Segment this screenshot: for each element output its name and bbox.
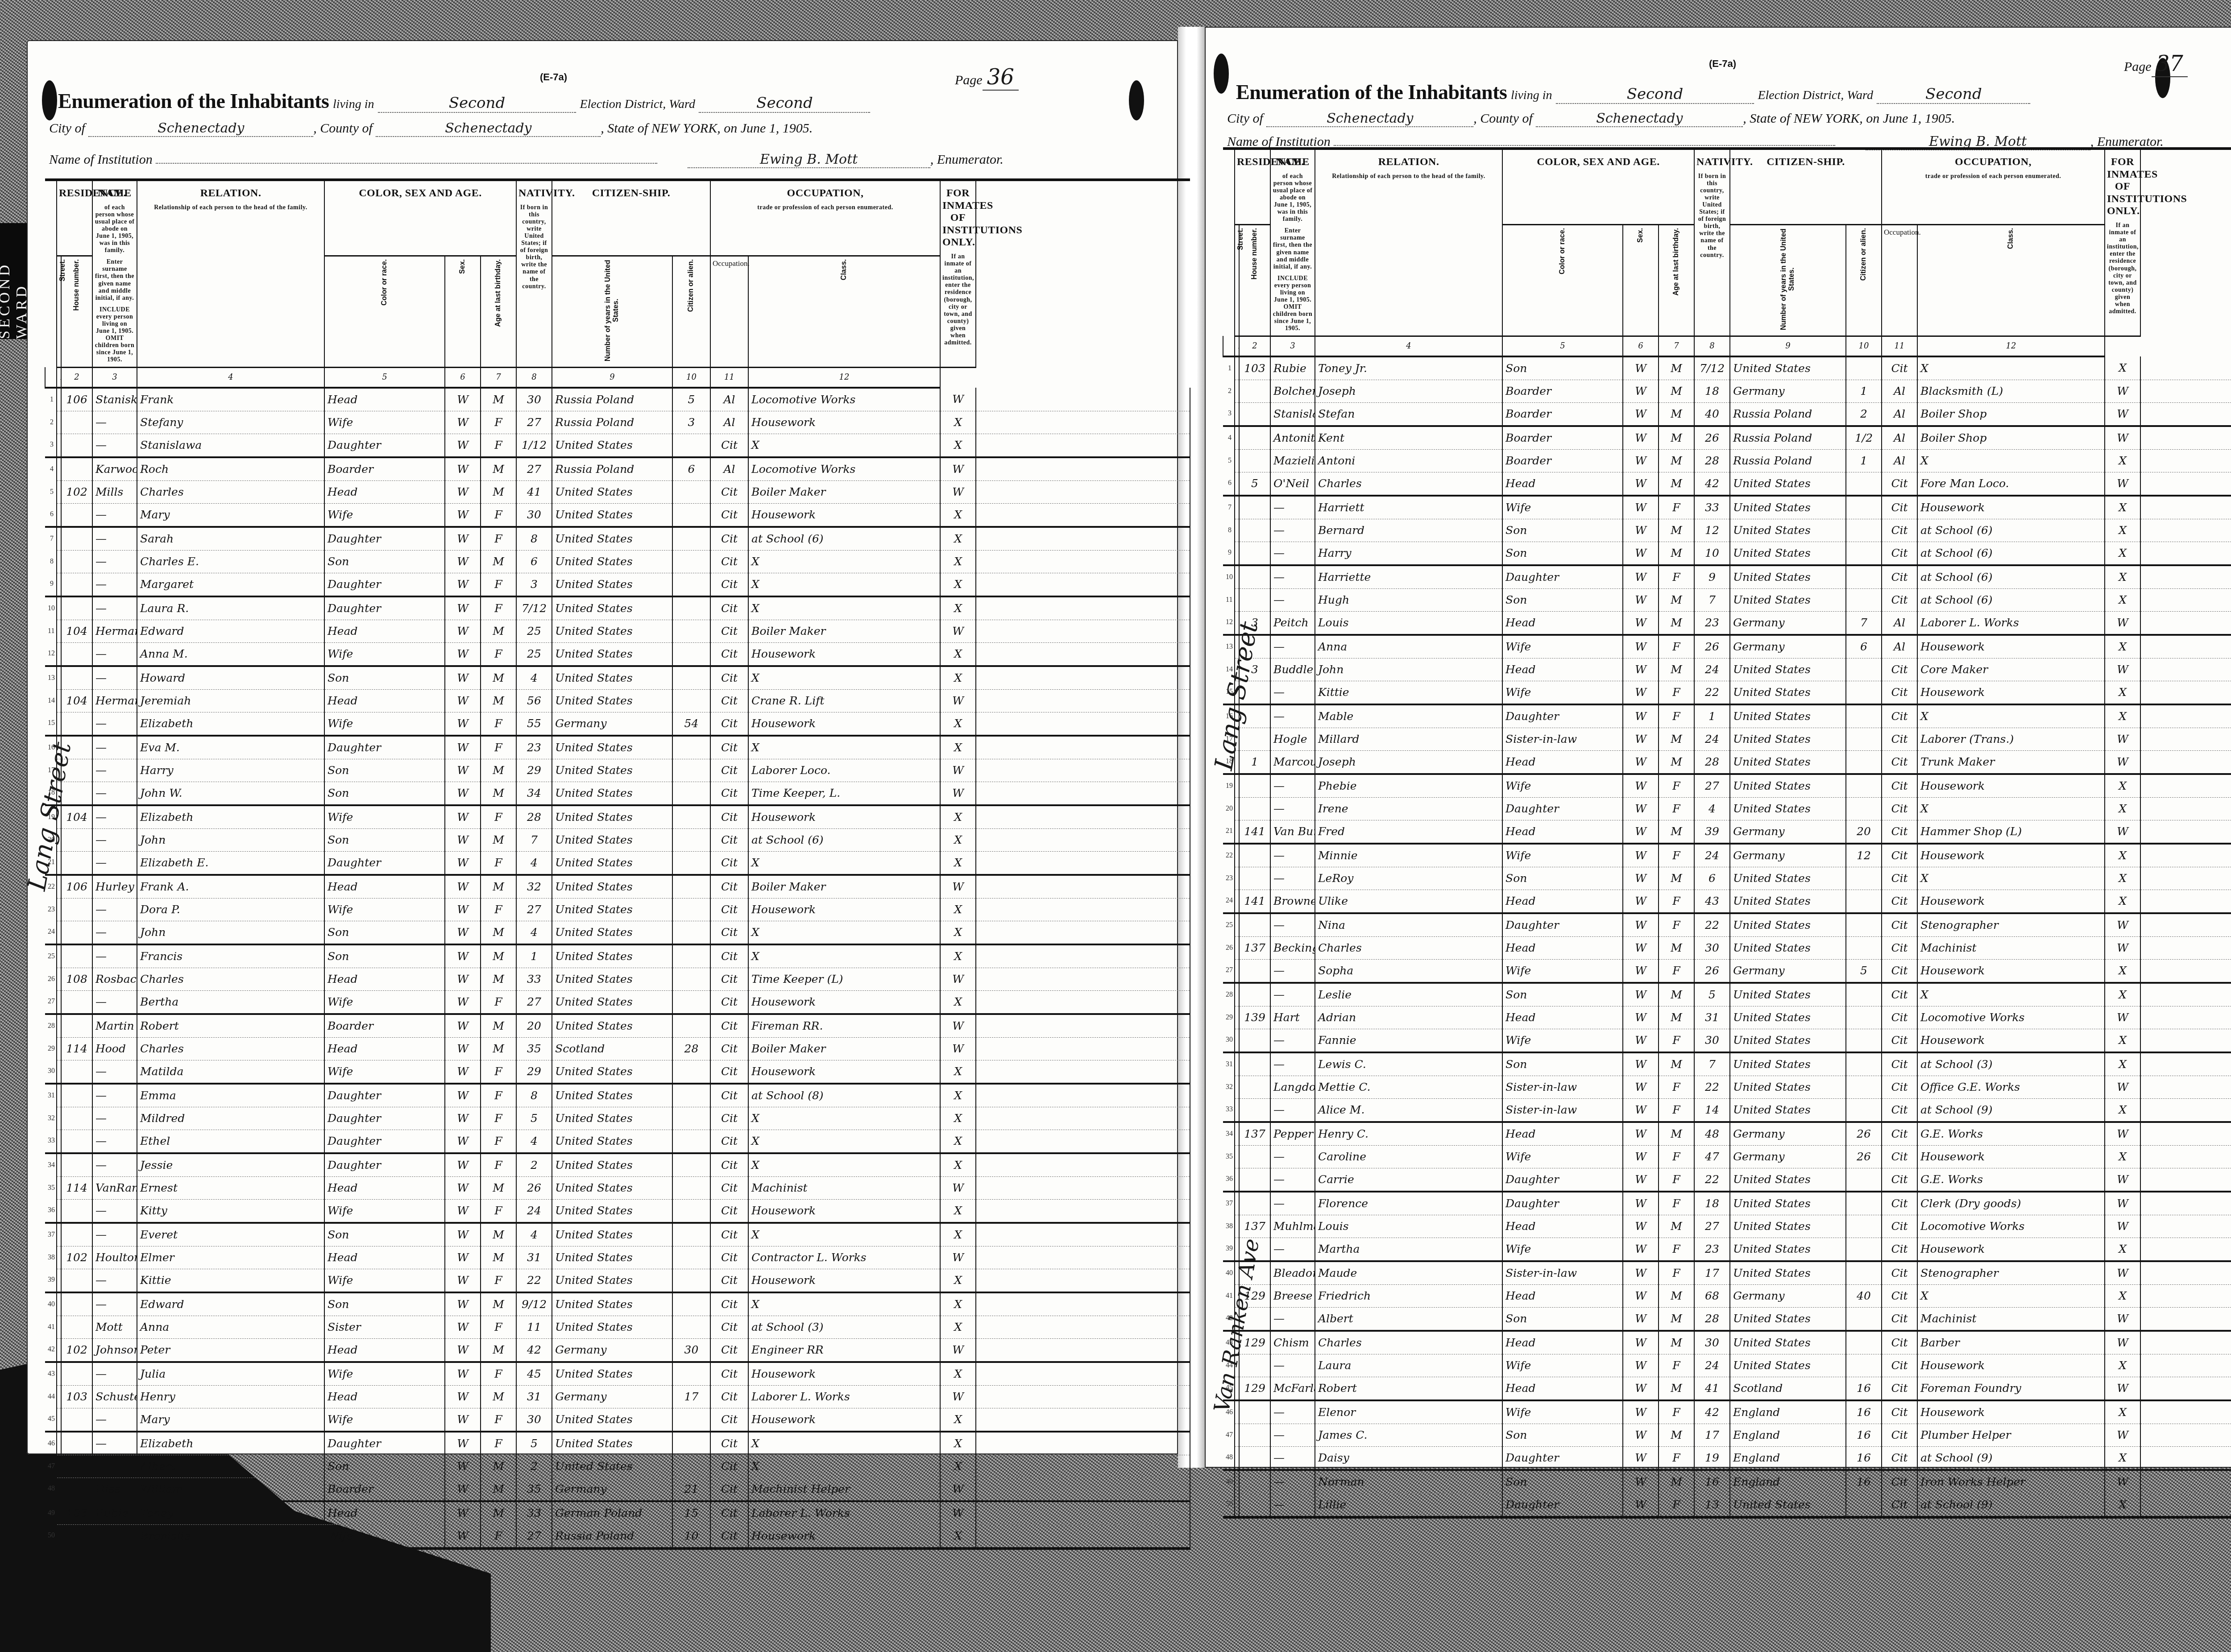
table-row[interactable]: 4KarwocRochBoarderWM27Russia Poland6AlLo…: [45, 457, 1190, 481]
inmate-residence-cell: [976, 642, 1190, 666]
column-header-relation-title: RELATION.: [200, 187, 261, 199]
line-number: 47: [1223, 1424, 1235, 1446]
sex-cell: F: [1659, 844, 1694, 867]
house-number-cell: [1239, 1052, 1270, 1076]
citizenship-cell: Cit: [710, 1316, 748, 1338]
table-row[interactable]: 23—LeRoySonWM6United StatesCitXX: [1223, 867, 2231, 890]
column-header-inmates-desc: If an inmate of an institution, enter th…: [942, 253, 974, 347]
relation-cell: Wife: [324, 1524, 445, 1548]
street-cell: [57, 1269, 61, 1292]
occupation-cell: Foreman Foundry: [1917, 1377, 2105, 1400]
class-cell: W: [940, 1246, 976, 1269]
table-row[interactable]: 29139HartAdrianHeadWM31United StatesCitL…: [1223, 1006, 2231, 1029]
class-cell: X: [940, 550, 976, 573]
age-cell: 20: [516, 1014, 552, 1038]
table-row[interactable]: 35—CarolineWifeWF47Germany26CitHousework…: [1223, 1145, 2231, 1168]
years-in-us-cell: [672, 875, 710, 898]
table-row[interactable]: 5MazieliAntoniBoarderWM28Russia Poland1A…: [1223, 449, 2231, 472]
table-row[interactable]: 31—EmmaDaughterWF8United StatesCitat Sch…: [45, 1084, 1190, 1107]
house-number-cell: [61, 666, 92, 690]
nativity-cell: United States: [1730, 519, 1846, 542]
table-row[interactable]: 10—Laura R.DaughterWF7/12United StatesCi…: [45, 596, 1190, 620]
table-row[interactable]: 50—BronislieWifeWF27Russia Poland10CitHo…: [45, 1524, 1190, 1548]
house-number-cell: [1239, 380, 1270, 402]
house-number-cell: [1239, 426, 1270, 450]
table-row[interactable]: 49—NormanSonWM16England16CitIron Works H…: [1223, 1470, 2231, 1494]
table-row[interactable]: 34137PepperHenry C.HeadWM48Germany26CitG…: [1223, 1122, 2231, 1146]
table-row[interactable]: 48HissWilliamBoarderWM35Germany21CitMach…: [45, 1478, 1190, 1501]
class-cell: X: [2105, 797, 2140, 820]
line-number: 25: [45, 944, 57, 968]
relation-cell: Son: [1502, 983, 1623, 1006]
color-cell: W: [445, 828, 481, 851]
street-cell: [57, 875, 61, 898]
table-row[interactable]: 7—SarahDaughterWF8United StatesCitat Sch…: [45, 527, 1190, 551]
citizenship-cell: Al: [1882, 380, 1917, 402]
given-name-cell: Kittie: [137, 1269, 324, 1292]
class-cell: W: [940, 1478, 976, 1501]
class-cell: W: [2105, 380, 2140, 402]
table-row[interactable]: 44103SchusterHenryHeadWM31Germany17CitLa…: [45, 1385, 1190, 1408]
table-row[interactable]: 18—John W.SonWM34United StatesCitTime Ke…: [45, 782, 1190, 805]
table-row[interactable]: 30—MatildaWifeWF29United StatesCitHousew…: [45, 1060, 1190, 1084]
sex-cell: F: [1659, 635, 1694, 658]
citizenship-cell: Cit: [710, 1084, 748, 1107]
table-row[interactable]: 28—LeslieSonWM5United StatesCitXX: [1223, 983, 2231, 1006]
table-row[interactable]: 2—StefanyWifeWF27Russia Poland3AlHousewo…: [45, 411, 1190, 434]
relation-cell: Son: [1502, 1470, 1623, 1494]
color-cell: W: [1623, 1424, 1659, 1446]
table-row[interactable]: 12—Anna M.WifeWF25United StatesCitHousew…: [45, 642, 1190, 666]
color-cell: W: [1623, 983, 1659, 1006]
line-number: 26: [1223, 936, 1235, 959]
given-name-cell: Charles: [1315, 472, 1502, 496]
nativity-cell: United States: [552, 620, 672, 642]
table-row[interactable]: 16—MableDaughterWF1United StatesCitXX: [1223, 704, 2231, 728]
color-cell: W: [1623, 774, 1659, 798]
surname-cell: Hurley: [92, 875, 137, 898]
color-cell: W: [445, 550, 481, 573]
table-row[interactable]: 3StanislawStefanBoarderWM40Russia Poland…: [1223, 402, 2231, 426]
surname-cell: Buddle: [1270, 658, 1315, 681]
relation-cell: Head: [1502, 936, 1623, 959]
column-number: 10: [1846, 336, 1882, 356]
table-row[interactable]: 22—MinnieWifeWF24Germany12CitHouseworkX: [1223, 844, 2231, 867]
citizenship-cell: Cit: [1882, 356, 1917, 380]
given-name-cell: Harriett: [1315, 496, 1502, 519]
label-election-district: Election District, Ward: [1758, 88, 1873, 102]
table-row[interactable]: 25—NinaDaughterWF22United StatesCitSteno…: [1223, 913, 2231, 937]
sex-cell: F: [1659, 1354, 1694, 1377]
column-header-citizen-or-alien-label: Citizen or alien.: [1860, 228, 1868, 281]
label-city: City of: [1227, 111, 1263, 126]
occupation-cell: Laborer Loco.: [748, 759, 940, 782]
house-number-cell: 137: [1239, 1122, 1270, 1146]
house-number-cell: 103: [1239, 356, 1270, 380]
surname-cell: McFarlane: [1270, 1377, 1315, 1400]
color-cell: W: [445, 782, 481, 805]
surname-cell: —: [1270, 959, 1315, 983]
sex-cell: F: [481, 1524, 516, 1548]
table-row[interactable]: 48—DaisyDaughterWF19England16Citat Schoo…: [1223, 1446, 2231, 1470]
header-line-3: Name of Institution Ewing B. Mott, Enume…: [49, 152, 1004, 168]
citizenship-cell: Cit: [1882, 681, 1917, 704]
table-row[interactable]: 40—EdwardSonWM9/12United StatesCitXX: [45, 1292, 1190, 1316]
relation-cell: Head: [324, 620, 445, 642]
table-row[interactable]: 45—MaryWifeWF30United StatesCitHousework…: [45, 1408, 1190, 1432]
color-cell: W: [1623, 797, 1659, 820]
nativity-cell: United States: [1730, 1192, 1846, 1215]
relation-cell: Head: [324, 1501, 445, 1525]
nativity-cell: United States: [552, 527, 672, 551]
occupation-cell: Housework: [748, 1269, 940, 1292]
table-row[interactable]: 49103RubieToneyHeadWM33German Poland15Ci…: [45, 1501, 1190, 1525]
inmate-residence-cell: [976, 1223, 1190, 1246]
inmate-residence-cell: [2140, 1307, 2231, 1331]
color-cell: W: [1623, 1145, 1659, 1168]
column-header-years-in-us-label: Number of years in the United States.: [604, 259, 621, 362]
table-row[interactable]: 31—Lewis C.SonWM7United StatesCitat Scho…: [1223, 1052, 2231, 1076]
street-cell: [57, 573, 61, 596]
line-number: 30: [1223, 1029, 1235, 1052]
inmate-residence-cell: [976, 736, 1190, 759]
inmate-residence-cell: [2140, 1284, 2231, 1307]
given-name-cell: Phebie: [1315, 774, 1502, 798]
occupation-cell: Machinist Helper: [748, 1478, 940, 1501]
relation-cell: Wife: [324, 712, 445, 736]
color-cell: W: [445, 921, 481, 944]
table-row[interactable]: 20—IreneDaughterWF4United StatesCitXX: [1223, 797, 2231, 820]
occupation-cell: Boiler Maker: [748, 875, 940, 898]
table-row[interactable]: 14104HermanJeremiahHeadWM56United States…: [45, 689, 1190, 712]
table-row[interactable]: 3—StanislawaDaughterWF1/12United StatesC…: [45, 434, 1190, 457]
table-row[interactable]: 17HogleMillardSister-in-lawWM24United St…: [1223, 728, 2231, 750]
sex-cell: M: [481, 1014, 516, 1038]
column-number-row: 123456789101112: [45, 367, 1190, 388]
age-cell: 23: [1694, 1238, 1730, 1261]
age-cell: 42: [516, 1338, 552, 1362]
age-cell: 4: [516, 1223, 552, 1246]
table-row[interactable]: 13—HowardSonWM4United StatesCitXX: [45, 666, 1190, 690]
house-number-cell: [1239, 519, 1270, 542]
table-row[interactable]: 20—JohnSonWM7United StatesCitat School (…: [45, 828, 1190, 851]
table-row[interactable]: 30—FannieWifeWF30United StatesCitHousewo…: [1223, 1029, 2231, 1052]
table-row[interactable]: 27—BerthaWifeWF27United StatesCitHousewo…: [45, 990, 1190, 1014]
class-cell: X: [940, 898, 976, 921]
table-row[interactable]: 34—JessieDaughterWF2United StatesCitXX: [45, 1153, 1190, 1177]
inmate-residence-cell: [2140, 1076, 2231, 1098]
table-row[interactable]: 19104—ElizabethWifeWF28United StatesCitH…: [45, 805, 1190, 829]
street-cell: [57, 968, 61, 990]
age-cell: 48: [1694, 1122, 1730, 1146]
table-row[interactable]: 26108RosbachCharlesHeadWM33United States…: [45, 968, 1190, 990]
line-number: 37: [1223, 1192, 1235, 1215]
occupation-cell: Housework: [748, 898, 940, 921]
nativity-cell: German Poland: [552, 1501, 672, 1525]
table-row[interactable]: 27—SophaWifeWF26Germany5CitHouseworkX: [1223, 959, 2231, 983]
table-row[interactable]: 37—FlorenceDaughterWF18United StatesCitC…: [1223, 1192, 2231, 1215]
line-number: 9: [45, 573, 57, 596]
nativity-cell: United States: [552, 1292, 672, 1316]
years-in-us-cell: [1846, 472, 1882, 496]
table-row[interactable]: 24—JohnSonWM4United StatesCitXX: [45, 921, 1190, 944]
table-row[interactable]: 50—LillieDaughterWF13United StatesCitat …: [1223, 1493, 2231, 1517]
table-row[interactable]: 23—Dora P.WifeWF27United StatesCitHousew…: [45, 898, 1190, 921]
citizenship-cell: Cit: [1882, 542, 1917, 565]
given-name-cell: Peter: [137, 1338, 324, 1362]
color-cell: W: [1623, 1400, 1659, 1424]
house-number-cell: 141: [1239, 820, 1270, 844]
years-in-us-cell: [672, 573, 710, 596]
surname-cell: Browne: [1270, 890, 1315, 913]
table-row[interactable]: 22106HurleyFrank A.HeadWM32United States…: [45, 875, 1190, 898]
table-row[interactable]: 41MottAnnaSisterWF11United StatesCitat S…: [45, 1316, 1190, 1338]
table-row[interactable]: 46—ElizabethDaughterWF5United StatesCitX…: [45, 1432, 1190, 1455]
given-name-cell: Eva M.: [137, 736, 324, 759]
relation-cell: Head: [324, 1037, 445, 1060]
table-row[interactable]: 38102HoultonElmerHeadWM31United StatesCi…: [45, 1246, 1190, 1269]
occupation-cell: at School (6): [1917, 519, 2105, 542]
table-row[interactable]: 1103RubieToney Jr.SonWM7/12United States…: [1223, 356, 2231, 380]
house-number-cell: [61, 1223, 92, 1246]
occupation-cell: X: [1917, 1284, 2105, 1307]
table-row[interactable]: 32LangdonMettie C.Sister-in-lawWF22Unite…: [1223, 1076, 2231, 1098]
given-name-cell: Stanislawa: [137, 434, 324, 457]
surname-cell: Mills: [92, 480, 137, 503]
occupation-cell: Housework: [748, 1199, 940, 1223]
house-number-cell: 129: [1239, 1377, 1270, 1400]
table-row[interactable]: 39—KittieWifeWF22United StatesCitHousewo…: [45, 1269, 1190, 1292]
occupation-cell: Housework: [1917, 496, 2105, 519]
class-cell: X: [940, 434, 976, 457]
surname-cell: —: [1270, 983, 1315, 1006]
table-row[interactable]: 33—EthelDaughterWF4United StatesCitXX: [45, 1130, 1190, 1153]
table-row[interactable]: 181MarcouJosephHeadWM28United StatesCitT…: [1223, 750, 2231, 774]
nativity-cell: England: [1730, 1424, 1846, 1446]
class-cell: X: [2105, 449, 2140, 472]
column-header-street: Street.: [1235, 225, 1239, 336]
table-row[interactable]: 15—KittieWifeWF22United StatesCitHousewo…: [1223, 681, 2231, 704]
table-row[interactable]: 47—James C.SonWM17England16CitPlumber He…: [1223, 1424, 2231, 1446]
table-row[interactable]: 28MartinRobertBoarderWM20United StatesCi…: [45, 1014, 1190, 1038]
occupation-cell: Locomotive Works: [748, 457, 940, 481]
occupation-cell: Machinist: [748, 1176, 940, 1199]
house-number-cell: [1239, 797, 1270, 820]
color-cell: W: [1623, 1377, 1659, 1400]
table-row[interactable]: 2BolcherJosephBoarderWM18Germany1AlBlack…: [1223, 380, 2231, 402]
given-name-cell: Frank A.: [137, 875, 324, 898]
table-row[interactable]: 8—Charles E.SonWM6United StatesCitXX: [45, 550, 1190, 573]
color-cell: W: [445, 1037, 481, 1060]
nativity-cell: United States: [1730, 774, 1846, 798]
document-title: Enumeration of the Inhabitants: [58, 90, 329, 112]
street-cell: [1235, 867, 1239, 890]
given-name-cell: Florence: [1315, 1192, 1502, 1215]
column-header-color: Color or race.: [324, 256, 445, 368]
citizenship-cell: Cit: [710, 759, 748, 782]
column-header-relation-title: RELATION.: [1378, 156, 1439, 168]
table-row[interactable]: 39—MarthaWifeWF23United StatesCitHousewo…: [1223, 1238, 2231, 1261]
table-row[interactable]: 44—LauraWifeWF24United StatesCitHousewor…: [1223, 1354, 2231, 1377]
color-cell: W: [1623, 496, 1659, 519]
color-cell: W: [445, 457, 481, 481]
table-row[interactable]: 21—Elizabeth E.DaughterWF4United StatesC…: [45, 851, 1190, 875]
surname-cell: —: [1270, 1052, 1315, 1076]
table-row[interactable]: 11104HermanEdwardHeadWM25United StatesCi…: [45, 620, 1190, 642]
column-number: 12: [1917, 336, 2105, 356]
table-row[interactable]: 32—MildredDaughterWF5United StatesCitXX: [45, 1107, 1190, 1130]
street-cell: [1235, 1215, 1239, 1238]
citizenship-cell: Cit: [710, 527, 748, 551]
age-cell: 43: [1694, 890, 1730, 913]
citizenship-cell: Cit: [1882, 1307, 1917, 1331]
table-row[interactable]: 13—AnnaWifeWF26Germany6AlHouseworkX: [1223, 635, 2231, 658]
table-row[interactable]: 9—HarrySonWM10United StatesCitat School …: [1223, 542, 2231, 565]
table-row[interactable]: 21141Van BurenFredHeadWM39Germany20CitHa…: [1223, 820, 2231, 844]
years-in-us-cell: [1846, 1076, 1882, 1098]
table-row[interactable]: 15—ElizabethWifeWF55Germany54CitHousewor…: [45, 712, 1190, 736]
page-label: Page: [955, 73, 983, 87]
color-cell: W: [445, 736, 481, 759]
sex-cell: F: [1659, 681, 1694, 704]
column-header-sex: Sex.: [1623, 225, 1659, 336]
occupation-cell: Machinist: [1917, 1307, 2105, 1331]
label-city: City of: [49, 121, 85, 136]
age-cell: 24: [1694, 1354, 1730, 1377]
table-row[interactable]: 7—HarriettWifeWF33United StatesCitHousew…: [1223, 496, 2231, 519]
class-cell: X: [940, 851, 976, 875]
class-cell: W: [940, 689, 976, 712]
surname-cell: Mazieli: [1270, 449, 1315, 472]
column-number: 5: [324, 367, 445, 388]
surname-cell: —: [92, 1060, 137, 1084]
table-row[interactable]: 37—EveretSonWM4United StatesCitXX: [45, 1223, 1190, 1246]
table-row[interactable]: 25—FrancisSonWM1United StatesCitXX: [45, 944, 1190, 968]
given-name-cell: Bertha: [137, 990, 324, 1014]
table-row[interactable]: 123PeitchLouisHeadWM23Germany7AlLaborer …: [1223, 611, 2231, 635]
nativity-cell: United States: [1730, 496, 1846, 519]
age-cell: 4: [516, 851, 552, 875]
sex-cell: M: [481, 620, 516, 642]
line-number: 39: [1223, 1238, 1235, 1261]
line-number: 23: [1223, 867, 1235, 890]
ward-tab-second[interactable]: SECOND WARD: [0, 223, 27, 339]
table-row[interactable]: 65O'NeilCharlesHeadWM42United StatesCitF…: [1223, 472, 2231, 496]
table-row[interactable]: 47—AlbertSonWM2United StatesCitXX: [45, 1455, 1190, 1478]
surname-cell: —: [92, 1455, 137, 1478]
table-row[interactable]: 29114HoodCharlesHeadWM35Scotland28CitBoi…: [45, 1037, 1190, 1060]
citizenship-cell: Cit: [1882, 1354, 1917, 1377]
table-row[interactable]: 10—HarrietteDaughterWF9United StatesCita…: [1223, 565, 2231, 589]
sex-cell: M: [481, 1037, 516, 1060]
house-number-cell: [1239, 844, 1270, 867]
table-row[interactable]: 26137BeckingCharlesHeadWM30United States…: [1223, 936, 2231, 959]
table-row[interactable]: 143BuddleJohnHeadWM24United StatesCitCor…: [1223, 658, 2231, 681]
column-number: 5: [1502, 336, 1623, 356]
relation-cell: Head: [324, 480, 445, 503]
sex-cell: F: [1659, 1446, 1694, 1470]
column-header-age: Age at last birthday.: [1659, 225, 1694, 336]
inmate-residence-cell: [2140, 635, 2231, 658]
table-row[interactable]: 8—BernardSonWM12United StatesCitat Schoo…: [1223, 519, 2231, 542]
table-row[interactable]: 45129McFarlaneRobertHeadWM41Scotland16Ci…: [1223, 1377, 2231, 1400]
line-number: 45: [45, 1408, 57, 1432]
table-row[interactable]: 43129ChismCharlesHeadWM30United StatesCi…: [1223, 1331, 2231, 1354]
occupation-cell: Plumber Helper: [1917, 1424, 2105, 1446]
sex-cell: M: [1659, 1307, 1694, 1331]
citizenship-cell: Cit: [1882, 728, 1917, 750]
house-number-cell: 108: [61, 968, 92, 990]
table-row[interactable]: 1106StaniskiFrankHeadWM30Russia Poland5A…: [45, 388, 1190, 411]
color-cell: W: [445, 1478, 481, 1501]
inmate-residence-cell: [2140, 496, 2231, 519]
class-cell: X: [940, 1362, 976, 1386]
table-row[interactable]: 19—PhebieWifeWF27United StatesCitHousewo…: [1223, 774, 2231, 798]
house-number-cell: [1239, 1029, 1270, 1052]
given-name-cell: Alice M.: [1315, 1098, 1502, 1122]
column-header-name: NAMEof each person whose usual place of …: [1270, 149, 1315, 336]
age-cell: 22: [516, 1269, 552, 1292]
line-number: 20: [1223, 797, 1235, 820]
table-row[interactable]: 16—Eva M.DaughterWF23United StatesCitXX: [45, 736, 1190, 759]
table-row[interactable]: 24141BrowneUlikeHeadWF43United StatesCit…: [1223, 890, 2231, 913]
class-cell: X: [2105, 496, 2140, 519]
table-row[interactable]: 41129BreeseFriedrichHeadWM68Germany40Cit…: [1223, 1284, 2231, 1307]
table-row[interactable]: 17—HarrySonWM29United StatesCitLaborer L…: [45, 759, 1190, 782]
table-row[interactable]: 5102MillsCharlesHeadWM41United StatesCit…: [45, 480, 1190, 503]
line-number: 26: [45, 968, 57, 990]
relation-cell: Boarder: [1502, 402, 1623, 426]
column-header-color: Color or race.: [1502, 225, 1623, 336]
color-cell: W: [445, 1084, 481, 1107]
table-row[interactable]: 42—AlbertSonWM28United StatesCitMachinis…: [1223, 1307, 2231, 1331]
house-number-cell: [61, 1455, 92, 1478]
occupation-cell: at School (8): [748, 1084, 940, 1107]
occupation-cell: Blacksmith (L): [1917, 380, 2105, 402]
table-row[interactable]: 40BleadonMaudeSister-in-lawWF17United St…: [1223, 1261, 2231, 1285]
table-row[interactable]: 42102JohnsonPeterHeadWM42Germany30CitEng…: [45, 1338, 1190, 1362]
citizenship-cell: Cit: [1882, 1470, 1917, 1494]
table-row[interactable]: 33—Alice M.Sister-in-lawWF14United State…: [1223, 1098, 2231, 1122]
table-row[interactable]: 36—KittyWifeWF24United StatesCitHousewor…: [45, 1199, 1190, 1223]
given-name-cell: Hugh: [1315, 588, 1502, 611]
table-row[interactable]: 4AntoniteKentBoarderWM26Russia Poland1/2…: [1223, 426, 2231, 450]
citizenship-cell: Al: [1882, 449, 1917, 472]
relation-cell: Daughter: [324, 1432, 445, 1455]
relation-cell: Boarder: [324, 1014, 445, 1038]
table-row[interactable]: 6—MaryWifeWF30United StatesCitHouseworkX: [45, 503, 1190, 527]
citizenship-cell: Cit: [710, 1338, 748, 1362]
citizenship-cell: Cit: [710, 990, 748, 1014]
sex-cell: F: [1659, 913, 1694, 937]
table-row[interactable]: 43—JuliaWifeWF45United StatesCitHousewor…: [45, 1362, 1190, 1386]
inmate-residence-cell: [976, 1107, 1190, 1130]
house-number-cell: [1239, 1192, 1270, 1215]
table-row[interactable]: 11—HughSonWM7United StatesCitat School (…: [1223, 588, 2231, 611]
column-header-class: Class.: [1917, 225, 2105, 336]
color-cell: W: [445, 620, 481, 642]
table-row[interactable]: 38137MuhlmanLouisHeadWM27United StatesCi…: [1223, 1215, 2231, 1238]
table-row[interactable]: 46—ElenorWifeWF42England16CitHouseworkX: [1223, 1400, 2231, 1424]
class-cell: W: [940, 1037, 976, 1060]
relation-cell: Wife: [324, 1060, 445, 1084]
table-row[interactable]: 36—CarrieDaughterWF22United StatesCitG.E…: [1223, 1168, 2231, 1192]
line-number: 50: [45, 1524, 57, 1548]
table-row[interactable]: 35114VanRankenErnestHeadWM26United State…: [45, 1176, 1190, 1199]
table-row[interactable]: 9—MargaretDaughterWF3United StatesCitXX: [45, 573, 1190, 596]
line-number: 21: [1223, 820, 1235, 844]
occupation-cell: X: [748, 1223, 940, 1246]
